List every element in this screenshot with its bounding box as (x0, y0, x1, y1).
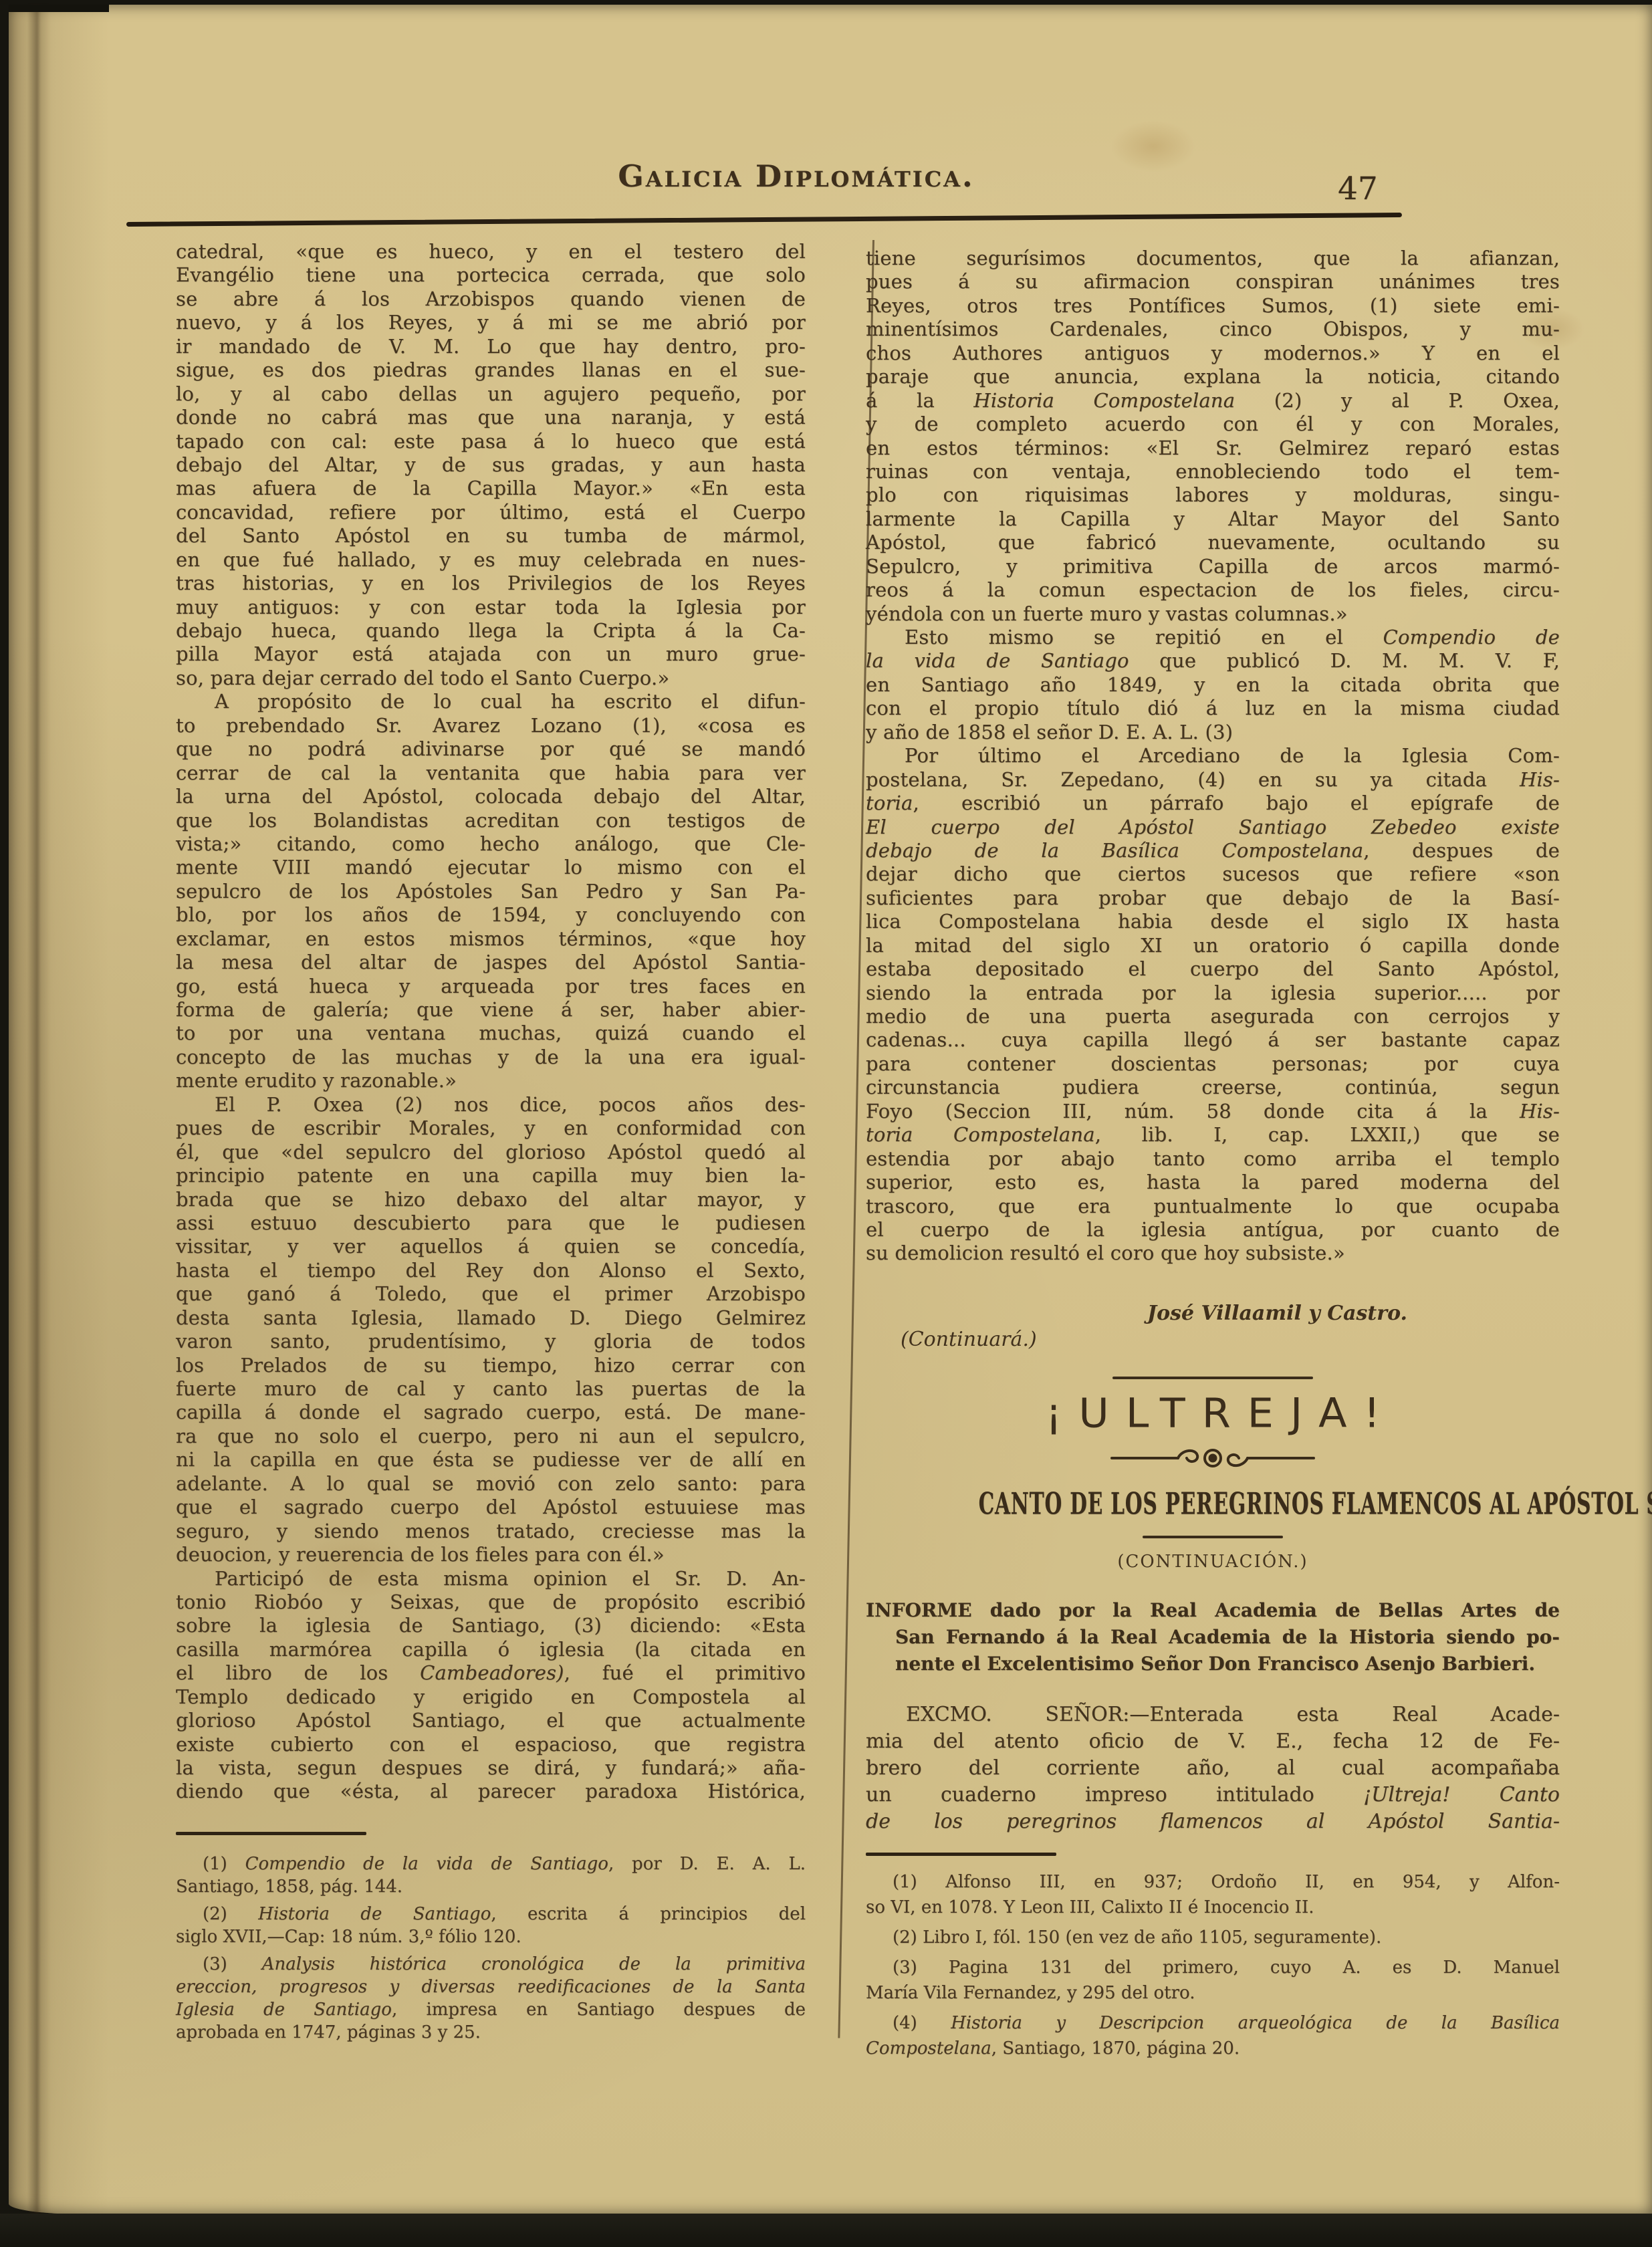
paragraph: Participó de esta misma opinion el Sr. D… (176, 1567, 806, 1804)
text-line: fuerte muro de cal y canto las puertas d… (176, 1377, 806, 1401)
subsection-rule (1143, 1536, 1283, 1538)
text-line: Sepulcro, y primitiva Capilla de arcos m… (866, 555, 1560, 578)
text-line: del Santo Apóstol en su tumba de mármol, (176, 524, 806, 548)
text-line: la urna del Apóstol, colocada debajo del… (176, 785, 806, 808)
page-crease (27, 5, 50, 2214)
text-line: plo con riquisimas labores y molduras, s… (866, 483, 1560, 507)
right-footnote-rule (866, 1853, 1056, 1856)
text-line: los Prelados de su tiempo, hizo cerrar c… (176, 1354, 806, 1377)
text-line: la mesa del altar de jaspes del Apóstol … (176, 951, 806, 974)
text-line: dejar dicho que ciertos sucesos que refi… (866, 862, 1560, 886)
text-line: siendo la entrada por la iglesia superio… (866, 981, 1560, 1005)
text-line: vista;» citando, como hecho análogo, que… (176, 832, 806, 856)
scan-bottom-edge (0, 2214, 1652, 2247)
page-number: 47 (1338, 170, 1378, 207)
paragraph: Esto mismo se repitió en el Compendio de… (866, 626, 1560, 744)
text-line: en Santiago año 1849, y en la citada obr… (866, 673, 1560, 697)
text-line: desta santa Iglesia, llamado D. Diego Ge… (176, 1306, 806, 1330)
text-line: brero del corriente año, al cual acompañ… (866, 1755, 1560, 1782)
text-line: y año de 1858 el señor D. E. A. L. (3) (866, 721, 1560, 744)
author-signature: José Villaamil y Castro. (866, 1302, 1560, 1325)
text-line: pilla Mayor está atajada con un muro gru… (176, 642, 806, 666)
text-line: adelante. A lo qual se movió con zelo sa… (176, 1472, 806, 1496)
informe-heading: INFORME dado por la Real Academia de Bel… (866, 1597, 1560, 1677)
paragraph: EXCMO. SEÑOR:—Enterada esta Real Acade-m… (866, 1701, 1560, 1835)
text-line: tiene segurísimos documentos, que la afi… (866, 247, 1560, 270)
text-line: que el sagrado cuerpo del Apóstol estuui… (176, 1496, 806, 1519)
text-line: sigue, es dos piedras grandes llanas en … (176, 358, 806, 382)
text-line: casilla marmórea capilla ó iglesia (la c… (176, 1638, 806, 1661)
text-line: ir mandado de V. M. Lo que hay dentro, p… (176, 335, 806, 358)
informe-body: EXCMO. SEÑOR:—Enterada esta Real Acade-m… (866, 1701, 1560, 1835)
text-line: aprobada en 1747, páginas 3 y 25. (176, 2021, 806, 2044)
text-line: toria, escribió un párrafo bajo el epígr… (866, 792, 1560, 815)
text-line: tras historias, y en los Privilegios de … (176, 572, 806, 595)
text-line: siglo XVII,—Cap: 18 núm. 3,º fólio 120. (176, 1925, 806, 1948)
footnote: (4) Historia y Descripcion arqueológica … (866, 2010, 1560, 2061)
left-footnotes: (1) Compendio de la vida de Santiago, po… (176, 1853, 806, 2044)
text-line: (3) Pagina 131 del primero, cuyo A. es D… (866, 1955, 1560, 1980)
text-line: concavidad, refiere por último, está el … (176, 501, 806, 524)
text-line: en que fué hallado, y es muy celebrada e… (176, 548, 806, 572)
header-rule (126, 213, 1402, 227)
left-footnote-rule (176, 1832, 366, 1835)
text-line: un cuaderno impreso intitulado ¡Ultreja!… (866, 1782, 1560, 1808)
paragraph: Por último el Arcediano de la Iglesia Co… (866, 744, 1560, 1266)
text-line: debajo del Altar, y de sus gradas, y aun… (176, 453, 806, 477)
text-line: ruinas con ventaja, ennobleciendo todo e… (866, 460, 1560, 483)
text-line: yéndola con un fuerte muro y vastas colu… (866, 602, 1560, 626)
text-line: existe cubierto con el espacioso, que re… (176, 1733, 806, 1756)
text-line: que ganó á Toledo, que el primer Arzobis… (176, 1282, 806, 1306)
text-line: sobre la iglesia de Santiago, (3) dicien… (176, 1614, 806, 1637)
text-line: EXCMO. SEÑOR:—Enterada esta Real Acade- (866, 1701, 1560, 1728)
text-line: él, que «del sepulcro del glorioso Apóst… (176, 1141, 806, 1164)
text-line: su demolicion resultó el coro que hoy su… (866, 1241, 1560, 1265)
text-line: blo, por los años de 1594, y concluyendo… (176, 903, 806, 927)
paragraph: A propósito de lo cual ha escrito el dif… (176, 690, 806, 1092)
text-line: deuocion, y reuerencia de los fieles par… (176, 1543, 806, 1566)
paragraph: El P. Oxea (2) nos dice, pocos años des-… (176, 1093, 806, 1567)
text-line: en estos términos: «El Sr. Gelmirez repa… (866, 437, 1560, 460)
text-line: toria Compostelana, lib. I, cap. LXXII,)… (866, 1123, 1560, 1147)
text-line: estaba depositado el cuerpo del Santo Ap… (866, 957, 1560, 981)
text-line: mente erudito y razonable.» (176, 1069, 806, 1092)
text-line: assi estuuo descubierto para que le pudi… (176, 1211, 806, 1235)
text-line: reos á la comun espectacion de los fiele… (866, 578, 1560, 602)
text-line: INFORME dado por la Real Academia de Bel… (866, 1597, 1560, 1624)
text-line: to prebendado Sr. Avarez Lozano (1), «co… (176, 714, 806, 737)
footnote: (3) Pagina 131 del primero, cuyo A. es D… (866, 1955, 1560, 2006)
canto-heading: CANTO DE LOS PEREGRINOS FLAMENCOS AL APÓ… (979, 1486, 1652, 1521)
text-line: y de completo acuerdo con él y con Moral… (866, 412, 1560, 436)
text-line: exclamar, en estos mismos términos, «que… (176, 927, 806, 951)
footnote: (3) Analysis histórica cronológica de la… (176, 1953, 806, 2044)
text-line: Evangélio tiene una portecica cerrada, q… (176, 263, 806, 287)
paragraph: INFORME dado por la Real Academia de Bel… (866, 1597, 1560, 1677)
text-line: (2) Libro I, fól. 150 (en vez de año 110… (866, 1925, 1560, 1950)
text-line: estendia por abajo tanto como arriba el … (866, 1147, 1560, 1171)
text-line: tonio Riobóo y Seixas, que de propósito … (176, 1590, 806, 1614)
text-line: muy antiguos: y con estar toda la Iglesi… (176, 596, 806, 619)
text-line: la mitad del siglo XI un oratorio ó capi… (866, 934, 1560, 957)
text-line: medio de una puerta asegurada con cerroj… (866, 1005, 1560, 1028)
scan-edge-notch (9, 5, 109, 12)
text-line: Templo dedicado y erigido en Compostela … (176, 1685, 806, 1709)
text-line: mas afuera de la Capilla Mayor.» «En est… (176, 477, 806, 500)
paragraph: tiene segurísimos documentos, que la afi… (866, 247, 1560, 626)
text-line: debajo hueca, quando llega la Cripta á l… (176, 619, 806, 642)
ultreja-heading: ¡ULTREJA! (866, 1389, 1560, 1437)
text-line: ra que no solo el cuerpo, pero ni aun el… (176, 1425, 806, 1448)
text-line: chos Authores antiguos y modernos.» Y en… (866, 342, 1560, 365)
text-line: María Vila Fernandez, y 295 del otro. (866, 1980, 1560, 2006)
left-column: catedral, «que es hueco, y en el testero… (176, 240, 806, 2048)
text-line: pues á su afirmacion conspiran unánimes … (866, 270, 1560, 293)
text-line: lica Compostelana habia desde el siglo I… (866, 910, 1560, 933)
text-line: á la Historia Compostelana (2) y al P. O… (866, 389, 1560, 412)
text-line: to por una ventana muchas, quizá cuando … (176, 1022, 806, 1045)
text-line: suficientes para probar que debajo de la… (866, 886, 1560, 910)
page-paper: Galicia Diplomática. 47 catedral, «que e… (9, 5, 1652, 2214)
text-line: paraje que anuncia, explana la noticia, … (866, 365, 1560, 388)
text-line: ni la capilla en que ésta se pudiesse ve… (176, 1448, 806, 1471)
text-line: Apóstol, que fabricó nuevamente, ocultan… (866, 531, 1560, 554)
text-line: con el propio título dió á luz en la mis… (866, 697, 1560, 720)
text-line: catedral, «que es hueco, y en el testero… (176, 240, 806, 263)
text-line: larmente la Capilla y Altar Mayor del Sa… (866, 507, 1560, 531)
text-line: capilla á donde el sagrado cuerpo, está.… (176, 1401, 806, 1424)
text-line: ereccion, progresos y diversas reedifica… (176, 1976, 806, 1998)
text-line: A propósito de lo cual ha escrito el dif… (176, 690, 806, 713)
text-line: Reyes, otros tres Pontífices Sumos, (1) … (866, 294, 1560, 318)
text-line: lo, y al cabo dellas un agujero pequeño,… (176, 382, 806, 406)
continuation-note: (Continuará.) (866, 1328, 1560, 1351)
text-line: (2) Historia de Santiago, escrita á prin… (176, 1903, 806, 1925)
text-line: tapado con cal: este pasa á lo hueco que… (176, 430, 806, 453)
text-line: mente VIII mandó ejecutar lo mismo con e… (176, 856, 806, 879)
text-line: superior, esto es, hasta la pared modern… (866, 1171, 1560, 1194)
text-line: concepto de las muchas y de la una era i… (176, 1046, 806, 1069)
text-line: so, para dejar cerrado del todo el Santo… (176, 667, 806, 690)
text-line: mia del atento oficio de V. E., fecha 12… (866, 1728, 1560, 1755)
text-line: Esto mismo se repitió en el Compendio de (866, 626, 1560, 649)
text-line: go, está hueca y arqueada por tres faces… (176, 975, 806, 998)
text-line: que los Bolandistas acreditan con testig… (176, 809, 806, 832)
text-line: Santiago, 1858, pág. 144. (176, 1875, 806, 1898)
right-column-body: tiene segurísimos documentos, que la afi… (866, 247, 1560, 1266)
right-column: tiene segurísimos documentos, que la afi… (866, 247, 1560, 2066)
text-line: sepulcro de los Apóstoles San Pedro y Sa… (176, 880, 806, 903)
ornament-icon (866, 1444, 1560, 1473)
text-line: Foyo (Seccion III, núm. 58 donde cita á … (866, 1100, 1560, 1123)
text-line: nente el Excelentisimo Señor Don Francis… (866, 1651, 1560, 1677)
text-line: Participó de esta misma opinion el Sr. D… (176, 1567, 806, 1590)
text-line: donde no cabrá mas que una naranja, y es… (176, 406, 806, 429)
text-line: minentísimos Cardenales, cinco Obispos, … (866, 318, 1560, 341)
footnote: (1) Compendio de la vida de Santiago, po… (176, 1853, 806, 1898)
continuation-label: (CONTINUACIÓN.) (866, 1552, 1560, 1572)
text-line: Por último el Arcediano de la Iglesia Co… (866, 744, 1560, 767)
text-line: forma de galería; que viene á ser, haber… (176, 998, 806, 1022)
text-line: pues de escribir Morales, y en conformid… (176, 1116, 806, 1140)
text-line: San Fernando á la Real Academia de la Hi… (866, 1624, 1560, 1651)
text-line: debajo de la Basílica Compostelana, desp… (866, 839, 1560, 862)
text-line: principio patente en una capilla muy bie… (176, 1164, 806, 1187)
text-line: la vista, segun despues se dirá, y funda… (176, 1756, 806, 1780)
text-line: (1) Alfonso III, en 937; Ordoño II, en 9… (866, 1869, 1560, 1895)
text-line: varon santo, prudentísimo, y gloria de t… (176, 1330, 806, 1353)
text-line: seguro, y siendo menos tratado, creciess… (176, 1520, 806, 1543)
footnote: (1) Alfonso III, en 937; Ordoño II, en 9… (866, 1869, 1560, 1920)
text-line: so VI, en 1078. Y Leon III, Calixto II é… (866, 1895, 1560, 1920)
text-line: Iglesia de Santiago, impresa en Santiago… (176, 1998, 806, 2021)
left-column-body: catedral, «que es hueco, y en el testero… (176, 240, 806, 1804)
text-line: trascoro, que era puntualmente lo que oc… (866, 1195, 1560, 1218)
text-line: postelana, Sr. Zepedano, (4) en su ya ci… (866, 768, 1560, 792)
text-line: de los peregrinos flamencos al Apóstol S… (866, 1808, 1560, 1835)
text-line: brada que se hizo debaxo del altar mayor… (176, 1188, 806, 1211)
text-line: el libro de los Cambeadores), fué el pri… (176, 1661, 806, 1685)
section-divider-rule (1112, 1377, 1313, 1379)
paragraph: catedral, «que es hueco, y en el testero… (176, 240, 806, 690)
text-line: nuevo, y á los Reyes, y á mi se me abrió… (176, 311, 806, 334)
text-line: circunstancia pudiera creerse, continúa,… (866, 1076, 1560, 1099)
text-line: El P. Oxea (2) nos dice, pocos años des- (176, 1093, 806, 1116)
text-line: que no podrá adivinarse por qué se mandó (176, 737, 806, 761)
text-line: para contener doscientas personas; por c… (866, 1052, 1560, 1076)
text-line: hasta el tiempo del Rey don Alonso el Se… (176, 1259, 806, 1282)
text-line: el cuerpo de la iglesia antígua, por cua… (866, 1218, 1560, 1241)
scanned-page: { "colors": { "paper": "#d4c18c", "ink":… (0, 0, 1652, 2247)
text-line: cadenas... cuya capilla llegó á ser bast… (866, 1028, 1560, 1052)
text-line: Compostelana, Santiago, 1870, página 20. (866, 2036, 1560, 2061)
text-line: se abre á los Arzobispos quando vienen d… (176, 287, 806, 311)
text-line: (3) Analysis histórica cronológica de la… (176, 1953, 806, 1976)
footnote: (2) Historia de Santiago, escrita á prin… (176, 1903, 806, 1948)
text-line: (4) Historia y Descripcion arqueológica … (866, 2010, 1560, 2036)
footnote: (2) Libro I, fól. 150 (en vez de año 110… (866, 1925, 1560, 1950)
text-line: la vida de Santiago que publicó D. M. M.… (866, 649, 1560, 673)
text-line: diendo que «ésta, al parecer paradoxa Hi… (176, 1780, 806, 1803)
text-line: cerrar de cal la ventanita que habia par… (176, 761, 806, 785)
text-line: (1) Compendio de la vida de Santiago, po… (176, 1853, 806, 1875)
text-line: El cuerpo del Apóstol Santiago Zebedeo e… (866, 816, 1560, 839)
right-footnotes: (1) Alfonso III, en 937; Ordoño II, en 9… (866, 1869, 1560, 2061)
text-line: glorioso Apóstol Santiago, el que actual… (176, 1709, 806, 1732)
text-line: vissitar, y ver aquellos á quien se conc… (176, 1235, 806, 1258)
